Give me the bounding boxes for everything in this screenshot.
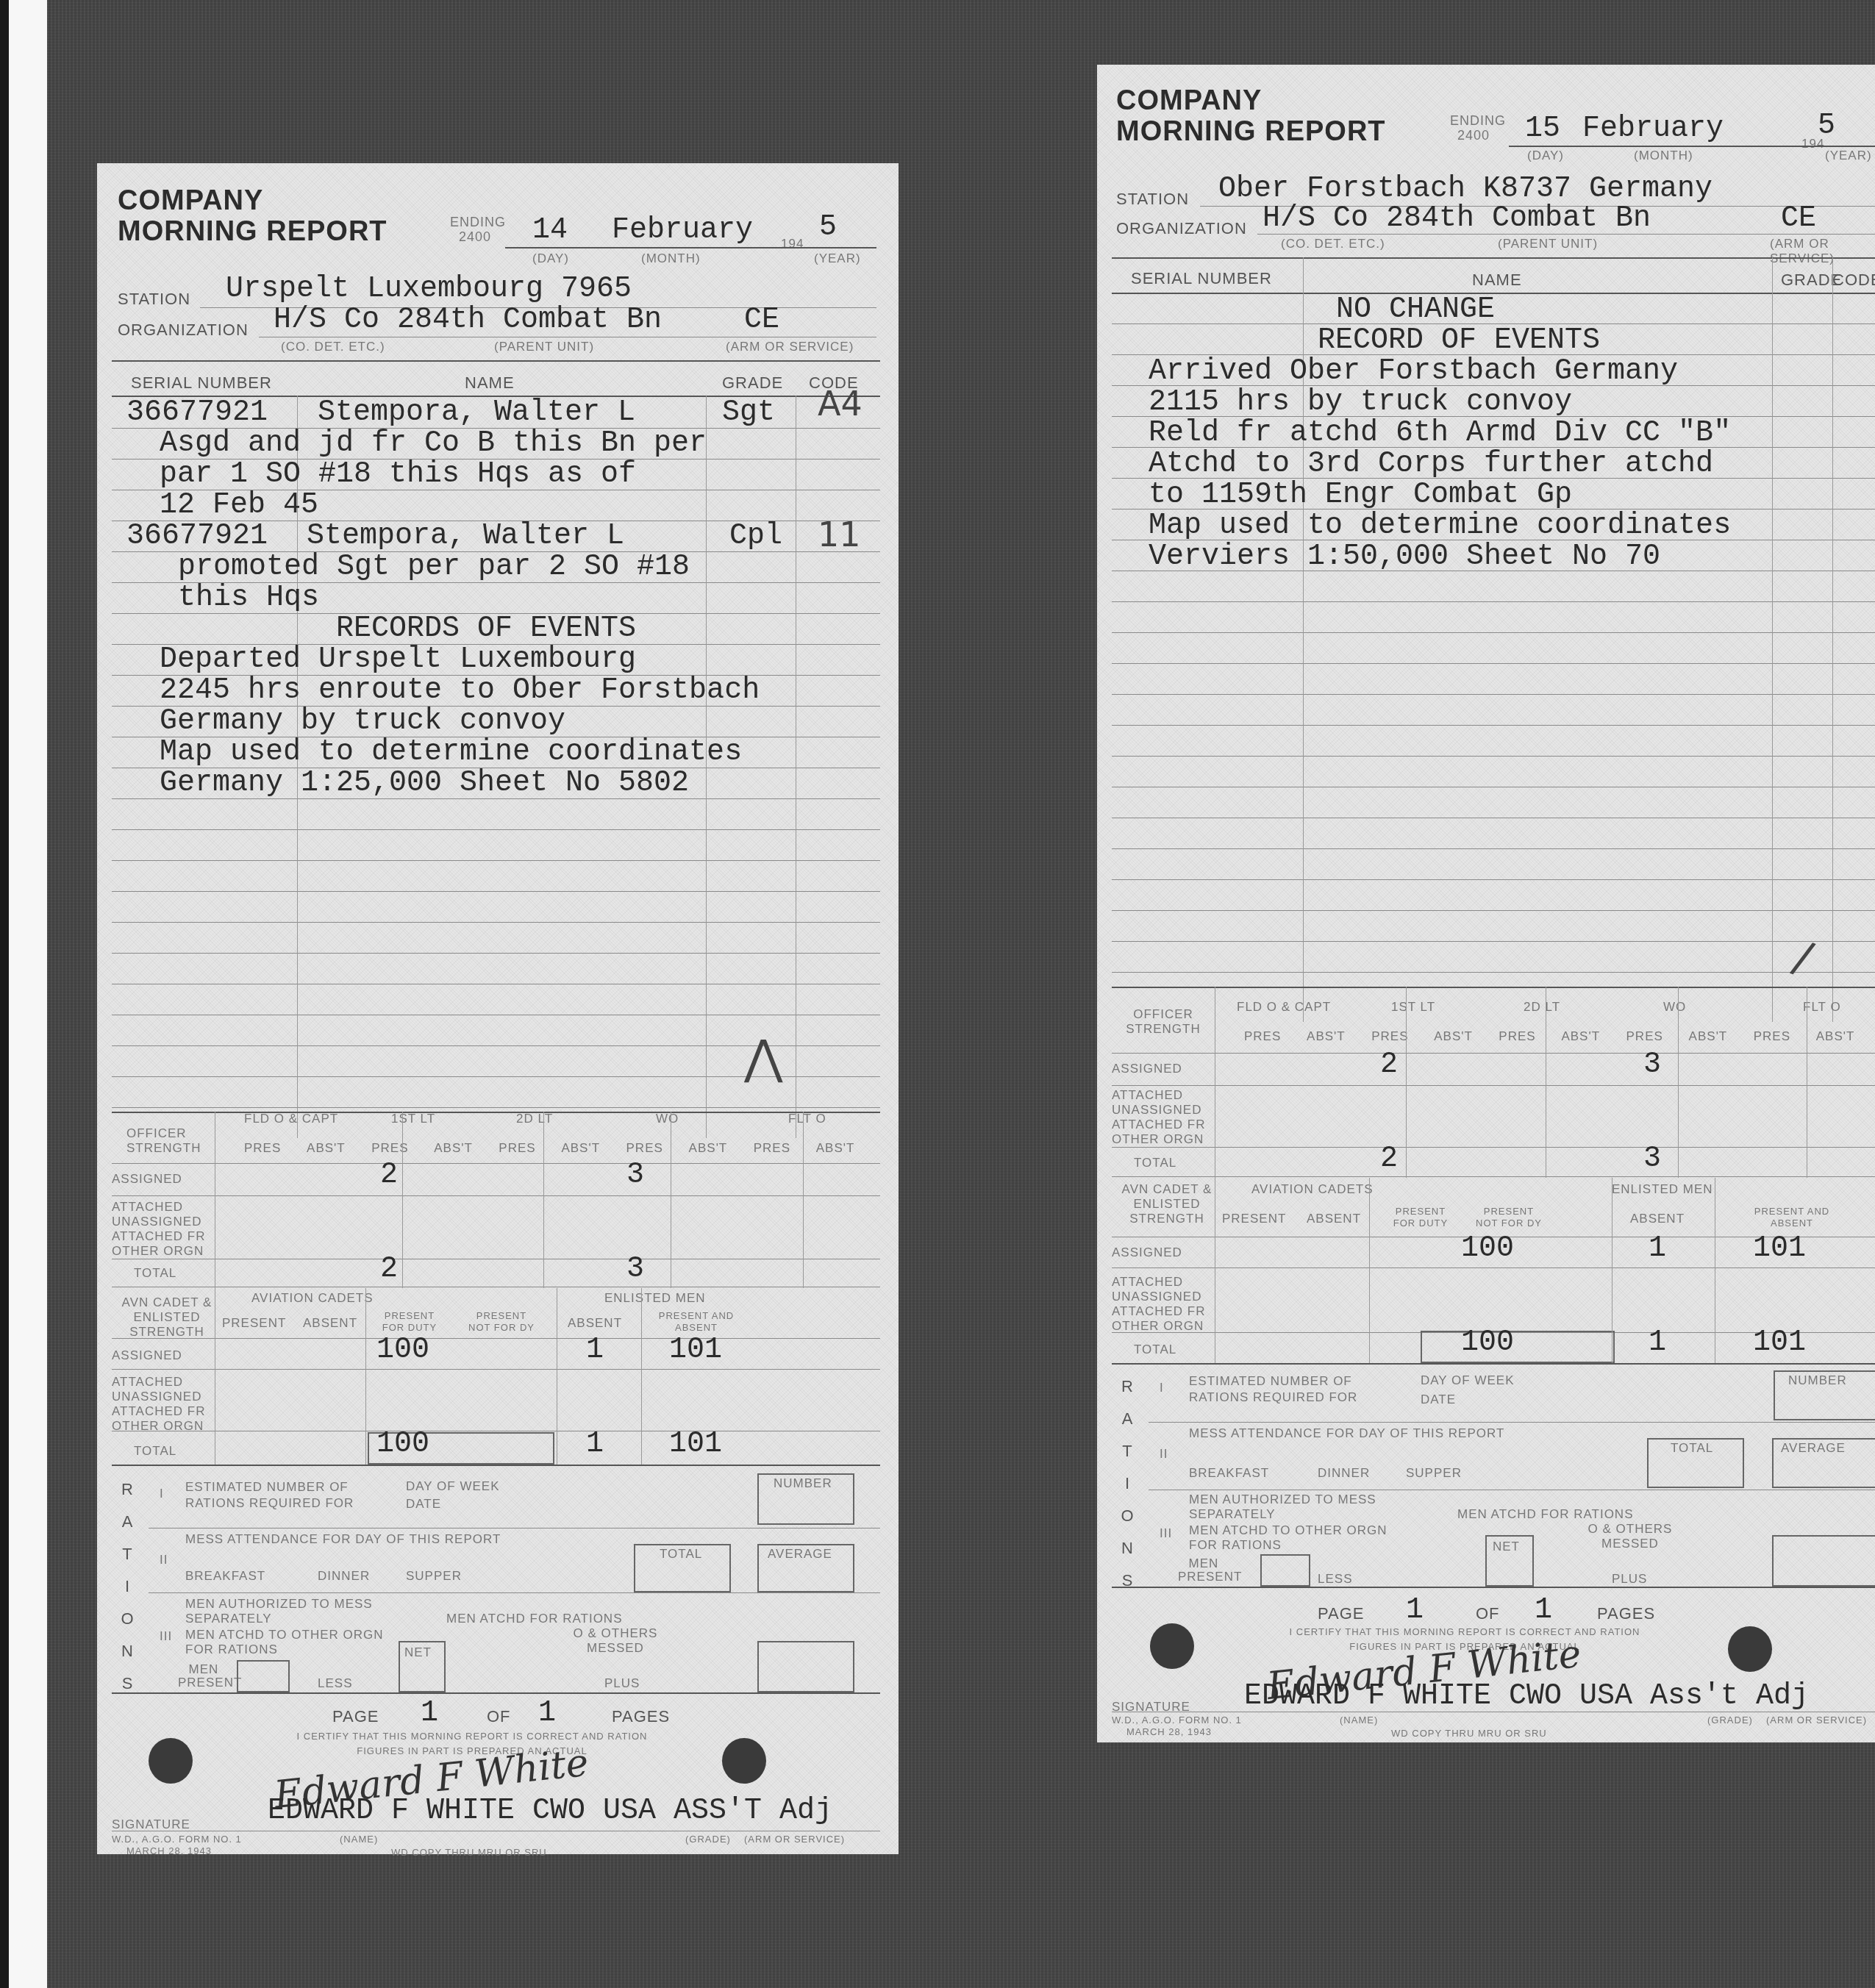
cadets-absent: ABSENT <box>303 1316 357 1331</box>
assigned-present-and-absent: 101 <box>1753 1232 1806 1265</box>
report-day: 14 <box>532 215 568 247</box>
station-label: STATION <box>118 290 190 309</box>
less-label: LESS <box>1318 1572 1352 1587</box>
report-year-digit: 5 <box>819 212 837 244</box>
assigned-1st-lt-pres: 2 <box>380 1159 398 1192</box>
less-label: LESS <box>318 1676 352 1691</box>
entry-line: par 1 SO #18 this Hqs as of <box>160 459 636 491</box>
rations-section-1: I <box>160 1487 164 1501</box>
entry-line: this Hqs <box>178 582 319 615</box>
mess-attendance-label: MESS ATTENDANCE FOR DAY OF THIS REPORT <box>185 1532 501 1547</box>
event-line: Arrived Ober Forstbach Germany <box>1149 356 1678 388</box>
pencil-check-mark: ⋀ <box>744 1031 783 1085</box>
men-present-box <box>1260 1554 1310 1587</box>
sig-caption-grade: (GRADE) <box>685 1834 731 1845</box>
column-serial: SERIAL NUMBER <box>1131 269 1272 288</box>
column-code: CODE <box>1832 271 1875 290</box>
total-label: TOTAL <box>660 1547 702 1562</box>
pages-label: PAGES <box>1597 1604 1655 1623</box>
signature-label: SIGNATURE <box>1112 1700 1190 1715</box>
pages-label: PAGES <box>612 1707 670 1726</box>
form-title-line1: COMPANY <box>1116 85 1262 116</box>
org-caption-3: (ARM OR SERVICE) <box>1770 237 1875 266</box>
assigned-1st-lt-pres: 2 <box>1380 1048 1398 1081</box>
report-month: February <box>1582 113 1724 146</box>
row-assigned: ASSIGNED <box>112 1348 182 1363</box>
present-not-for-duty: PRESENT NOT FOR DY <box>465 1310 538 1334</box>
breakfast-label: BREAKFAST <box>185 1569 265 1584</box>
aviation-cadets-label: AVIATION CADETS <box>251 1291 374 1306</box>
org-caption-1: (CO. DET. ETC.) <box>1281 237 1385 251</box>
group-2d-lt: 2D LT <box>516 1112 553 1126</box>
header-divider <box>1112 257 1875 259</box>
supper-label: SUPPER <box>1406 1466 1462 1481</box>
organization-underline <box>259 337 876 337</box>
officers-messed-label: O & OTHERS MESSED <box>1582 1522 1678 1551</box>
officer-strength-label: OFFICER STRENGTH <box>1119 1007 1207 1037</box>
punch-hole-left <box>149 1738 193 1784</box>
net-label: NET <box>404 1645 432 1660</box>
assigned-absent: 1 <box>586 1334 604 1367</box>
total-present-for-duty: 100 <box>1461 1326 1514 1359</box>
present-not-for-duty: PRESENT NOT FOR DY <box>1472 1206 1546 1229</box>
row-total: TOTAL <box>1134 1342 1176 1357</box>
footer-note: WD COPY THRU MRU OR SRU <box>391 1847 547 1858</box>
total-1st-lt-pres: 2 <box>1380 1143 1398 1176</box>
group-fld-o: FLD O & CAPT <box>244 1112 338 1126</box>
sig-caption-arm: (ARM OR SERVICE) <box>1766 1715 1867 1726</box>
group-flt-o: FLT O <box>788 1112 826 1126</box>
row-total: TOTAL <box>134 1266 176 1281</box>
pres-abst-row: PRES ABS'T PRES ABS'T PRES ABS'T PRES AB… <box>244 1141 854 1156</box>
group-fld-o: FLD O & CAPT <box>1237 1000 1331 1015</box>
supper-label: SUPPER <box>406 1569 462 1584</box>
punch-hole-right <box>1728 1626 1772 1672</box>
organization-value: H/S Co 284th Combat Bn <box>1262 203 1651 235</box>
organization-underline <box>1257 234 1875 235</box>
officer-strength-label: OFFICER STRENGTH <box>126 1126 215 1156</box>
column-serial: SERIAL NUMBER <box>131 373 272 393</box>
no-change-text: NO CHANGE <box>1336 294 1495 326</box>
day-of-week-label: DAY OF WEEK <box>1421 1373 1515 1388</box>
row-attached: ATTACHED UNASSIGNED ATTACHED FR OTHER OR… <box>112 1375 215 1434</box>
month-caption: (MONTH) <box>641 251 701 266</box>
ending-time: 2400 <box>459 229 491 245</box>
dinner-label: DINNER <box>1318 1466 1370 1481</box>
column-name: NAME <box>465 373 515 393</box>
breakfast-label: BREAKFAST <box>1189 1466 1269 1481</box>
plus-label: PLUS <box>604 1676 640 1691</box>
page-current: 1 <box>1406 1594 1424 1627</box>
sig-caption-arm: (ARM OR SERVICE) <box>744 1834 845 1845</box>
cadets-present: PRESENT <box>222 1316 286 1331</box>
number-label: NUMBER <box>774 1476 832 1491</box>
scan-left-edge <box>0 0 9 1988</box>
group-1st-lt: 1ST LT <box>1391 1000 1435 1015</box>
cadets-absent: ABSENT <box>1307 1212 1361 1226</box>
org-caption-3: (ARM OR SERVICE) <box>726 340 854 354</box>
year-prefix: 194 <box>781 237 804 251</box>
organization-value: H/S Co 284th Combat Bn <box>274 304 662 337</box>
rations-section-2: II <box>160 1553 168 1567</box>
typed-signature: EDWARD F WHITE CWO USA Ass't Adj <box>1244 1681 1809 1713</box>
plus-label: PLUS <box>1612 1572 1647 1587</box>
rations-section-3: III <box>160 1629 172 1644</box>
page-label: PAGE <box>332 1707 379 1726</box>
station-label: STATION <box>1116 190 1189 209</box>
event-line: Germany 1:25,000 Sheet No 5802 <box>160 768 689 800</box>
average-label: AVERAGE <box>768 1547 832 1562</box>
number-label: NUMBER <box>1788 1373 1847 1388</box>
ending-label: ENDING <box>450 215 506 230</box>
year-caption: (YEAR) <box>814 251 861 266</box>
date-label: DATE <box>406 1497 441 1512</box>
total-present-for-duty: 100 <box>376 1428 429 1461</box>
form-date: MARCH 28, 1943 <box>126 1845 212 1856</box>
entry-grade: Cpl <box>729 521 782 553</box>
entry-serial: 36677921 <box>126 397 268 429</box>
event-line: 2245 hrs enroute to Ober Forstbach <box>160 675 760 707</box>
station-value: Ober Forstbach K8737 Germany <box>1218 174 1713 206</box>
event-line: Atchd to 3rd Corps further atchd <box>1149 448 1713 481</box>
rations-section-3: III <box>1160 1526 1172 1541</box>
assigned-present-for-duty: 100 <box>376 1334 429 1367</box>
men-authorized-label: MEN AUTHORIZED TO MESS SEPARATELY <box>185 1597 413 1626</box>
entry-code-mark: 11 <box>818 515 861 554</box>
total-wo-pres: 3 <box>1643 1143 1661 1176</box>
estimated-rations-label: ESTIMATED NUMBER OF RATIONS REQUIRED FOR <box>1189 1373 1395 1406</box>
total-wo-pres: 3 <box>626 1253 644 1286</box>
column-name: NAME <box>1472 271 1522 290</box>
page-total: 1 <box>538 1697 556 1730</box>
entry-grade: Sgt <box>722 397 775 429</box>
month-caption: (MONTH) <box>1634 149 1693 163</box>
typed-signature: EDWARD F WHITE CWO USA ASS'T Adj <box>268 1795 832 1828</box>
sig-caption-grade: (GRADE) <box>1707 1715 1753 1726</box>
event-line: to 1159th Engr Combat Gp <box>1149 479 1572 512</box>
row-attached: ATTACHED UNASSIGNED ATTACHED FR OTHER OR… <box>1112 1088 1215 1147</box>
organization-label: ORGANIZATION <box>1116 219 1247 238</box>
date-underline <box>1509 146 1875 147</box>
total-absent: 1 <box>1649 1326 1666 1359</box>
row-assigned: ASSIGNED <box>112 1172 182 1187</box>
day-of-week-label: DAY OF WEEK <box>406 1479 500 1494</box>
row-assigned: ASSIGNED <box>1112 1245 1182 1260</box>
enlisted-strength-label: AVN CADET & ENLISTED STRENGTH <box>119 1295 215 1340</box>
arm-of-service: CE <box>744 304 779 337</box>
event-line: Germany by truck convoy <box>160 706 565 738</box>
form-number: W.D., A.G.O. FORM NO. 1 <box>112 1834 242 1845</box>
events-heading: RECORDS OF EVENTS <box>336 613 636 646</box>
org-caption-2: (PARENT UNIT) <box>494 340 594 354</box>
form-title-line2: MORNING REPORT <box>1116 116 1386 147</box>
men-atchd-to-label: MEN ATCHD TO OTHER ORGN FOR RATIONS <box>185 1628 406 1657</box>
enlisted-absent: ABSENT <box>568 1316 622 1331</box>
mess-attendance-label: MESS ATTENDANCE FOR DAY OF THIS REPORT <box>1189 1426 1504 1441</box>
enlisted-absent: ABSENT <box>1630 1212 1685 1226</box>
entry-code-mark: A4 <box>818 384 863 423</box>
event-line: Reld fr atchd 6th Armd Div CC "B" <box>1149 418 1731 450</box>
event-line: Map used to determine coordinates <box>160 737 742 769</box>
total-present-and-absent: 101 <box>669 1428 722 1461</box>
day-caption: (DAY) <box>532 251 569 266</box>
org-caption-2: (PARENT UNIT) <box>1498 237 1598 251</box>
rations-section-1: I <box>1160 1381 1164 1395</box>
sig-caption-name: (NAME) <box>1340 1715 1378 1726</box>
rations-section-2: II <box>1160 1447 1168 1462</box>
footer-note: WD COPY THRU MRU OR SRU <box>1391 1728 1547 1739</box>
enlisted-men-label: ENLISTED MEN <box>604 1291 706 1306</box>
men-present-box <box>237 1660 290 1692</box>
form-title-line2: MORNING REPORT <box>118 216 387 247</box>
row-attached: ATTACHED UNASSIGNED ATTACHED FR OTHER OR… <box>1112 1275 1215 1334</box>
page-total: 1 <box>1535 1594 1552 1627</box>
row-attached: ATTACHED UNASSIGNED ATTACHED FR OTHER OR… <box>112 1200 215 1259</box>
dinner-label: DINNER <box>318 1569 370 1584</box>
row-total: TOTAL <box>134 1444 176 1459</box>
rations-side-label: RATIONS <box>119 1473 135 1700</box>
officer-strength-top <box>1112 987 1875 988</box>
enlisted-men-label: ENLISTED MEN <box>1612 1182 1713 1197</box>
men-present-label: MEN PRESENT <box>178 1663 229 1690</box>
assigned-wo-pres: 3 <box>626 1159 644 1192</box>
men-present-label: MEN PRESENT <box>1178 1557 1229 1584</box>
organization-label: ORGANIZATION <box>118 321 249 340</box>
date-label: DATE <box>1421 1392 1456 1407</box>
estimated-rations-label: ESTIMATED NUMBER OF RATIONS REQUIRED FOR <box>185 1479 391 1512</box>
header-divider <box>112 360 880 362</box>
officer-strength-top <box>112 1112 880 1113</box>
assigned-absent: 1 <box>1649 1232 1666 1265</box>
rations-total-box <box>757 1641 854 1692</box>
men-atchd-to-label: MEN ATCHD TO OTHER ORGN FOR RATIONS <box>1189 1523 1410 1553</box>
page-of: OF <box>487 1707 511 1726</box>
ending-label: ENDING <box>1450 113 1506 129</box>
day-caption: (DAY) <box>1527 149 1564 163</box>
form-date: MARCH 28, 1943 <box>1126 1726 1212 1737</box>
punch-hole-left <box>1150 1623 1194 1669</box>
present-and-absent: PRESENT AND ABSENT <box>1751 1206 1832 1229</box>
form-number: W.D., A.G.O. FORM NO. 1 <box>1112 1715 1242 1726</box>
date-underline <box>505 247 876 248</box>
rations-side-label: RATIONS <box>1119 1370 1135 1597</box>
report-year-digit: 5 <box>1818 110 1835 143</box>
entry-line: 12 Feb 45 <box>160 490 318 522</box>
page-of: OF <box>1476 1604 1500 1623</box>
page-label: PAGE <box>1318 1604 1365 1623</box>
page-current: 1 <box>421 1697 438 1730</box>
officers-messed-label: O & OTHERS MESSED <box>568 1626 663 1656</box>
total-present-and-absent: 101 <box>1753 1326 1806 1359</box>
entry-line: promoted Sgt per par 2 SO #18 <box>178 551 690 584</box>
events-heading: RECORD OF EVENTS <box>1318 325 1600 357</box>
ending-time: 2400 <box>1457 128 1490 143</box>
group-2d-lt: 2D LT <box>1524 1000 1560 1015</box>
group-wo: WO <box>656 1112 679 1126</box>
cadets-present: PRESENT <box>1222 1212 1286 1226</box>
group-wo: WO <box>1663 1000 1686 1015</box>
sig-caption-name: (NAME) <box>340 1834 378 1845</box>
entry-name: Stempora, Walter L <box>307 521 624 553</box>
men-atchd-for-label: MEN ATCHD FOR RATIONS <box>1457 1507 1634 1522</box>
punch-hole-right <box>722 1738 766 1784</box>
group-1st-lt: 1ST LT <box>391 1112 435 1126</box>
event-line: Departed Urspelt Luxembourg <box>160 644 636 676</box>
report-day: 15 <box>1525 113 1560 146</box>
present-for-duty: PRESENT FOR DUTY <box>1387 1206 1454 1229</box>
org-caption-1: (CO. DET. ETC.) <box>281 340 385 354</box>
event-line: 2115 hrs by truck convoy <box>1149 387 1572 419</box>
total-label: TOTAL <box>1671 1441 1713 1456</box>
group-flt-o: FLT O <box>1803 1000 1841 1015</box>
pencil-stroke-mark: / <box>1788 932 1819 985</box>
assigned-present-and-absent: 101 <box>669 1334 722 1367</box>
present-for-duty: PRESENT FOR DUTY <box>376 1310 443 1334</box>
arm-of-service: CE <box>1781 203 1816 235</box>
event-line: Verviers 1:50,000 Sheet No 70 <box>1149 541 1660 573</box>
aviation-cadets-label: AVIATION CADETS <box>1251 1182 1374 1197</box>
event-line: Map used to determine coordinates <box>1149 510 1731 543</box>
scan-margin <box>9 0 47 1988</box>
present-and-absent: PRESENT AND ABSENT <box>656 1310 737 1334</box>
pres-abst-row: PRES ABS'T PRES ABS'T PRES ABS'T PRES AB… <box>1244 1029 1854 1044</box>
total-1st-lt-pres: 2 <box>380 1253 398 1286</box>
signature-label: SIGNATURE <box>112 1817 190 1832</box>
entry-serial: 36677921 <box>126 521 268 553</box>
morning-report-14-feb: COMPANY MORNING REPORT ENDING 2400 14 Fe… <box>97 163 899 1854</box>
column-grade: GRADE <box>722 373 783 393</box>
station-value: Urspelt Luxembourg 7965 <box>226 273 632 306</box>
year-caption: (YEAR) <box>1825 149 1872 163</box>
assigned-present-for-duty: 100 <box>1461 1232 1514 1265</box>
row-assigned: ASSIGNED <box>1112 1062 1182 1076</box>
total-absent: 1 <box>586 1428 604 1461</box>
men-atchd-for-label: MEN ATCHD FOR RATIONS <box>446 1612 623 1626</box>
average-label: AVERAGE <box>1781 1441 1846 1456</box>
enlisted-strength-label: AVN CADET & ENLISTED STRENGTH <box>1119 1182 1215 1226</box>
rations-total-box <box>1772 1535 1875 1587</box>
total-present-box <box>1421 1331 1615 1363</box>
form-title-line1: COMPANY <box>118 185 263 216</box>
assigned-wo-pres: 3 <box>1643 1048 1661 1081</box>
row-total: TOTAL <box>1134 1156 1176 1170</box>
net-label: NET <box>1493 1540 1520 1554</box>
entry-name: Stempora, Walter L <box>318 397 635 429</box>
morning-report-15-feb: COMPANY MORNING REPORT ENDING 2400 15 Fe… <box>1097 65 1875 1742</box>
entry-line: Asgd and jd fr Co B this Bn per <box>160 428 707 460</box>
report-month: February <box>612 215 753 247</box>
men-authorized-label: MEN AUTHORIZED TO MESS SEPARATELY <box>1189 1492 1417 1522</box>
